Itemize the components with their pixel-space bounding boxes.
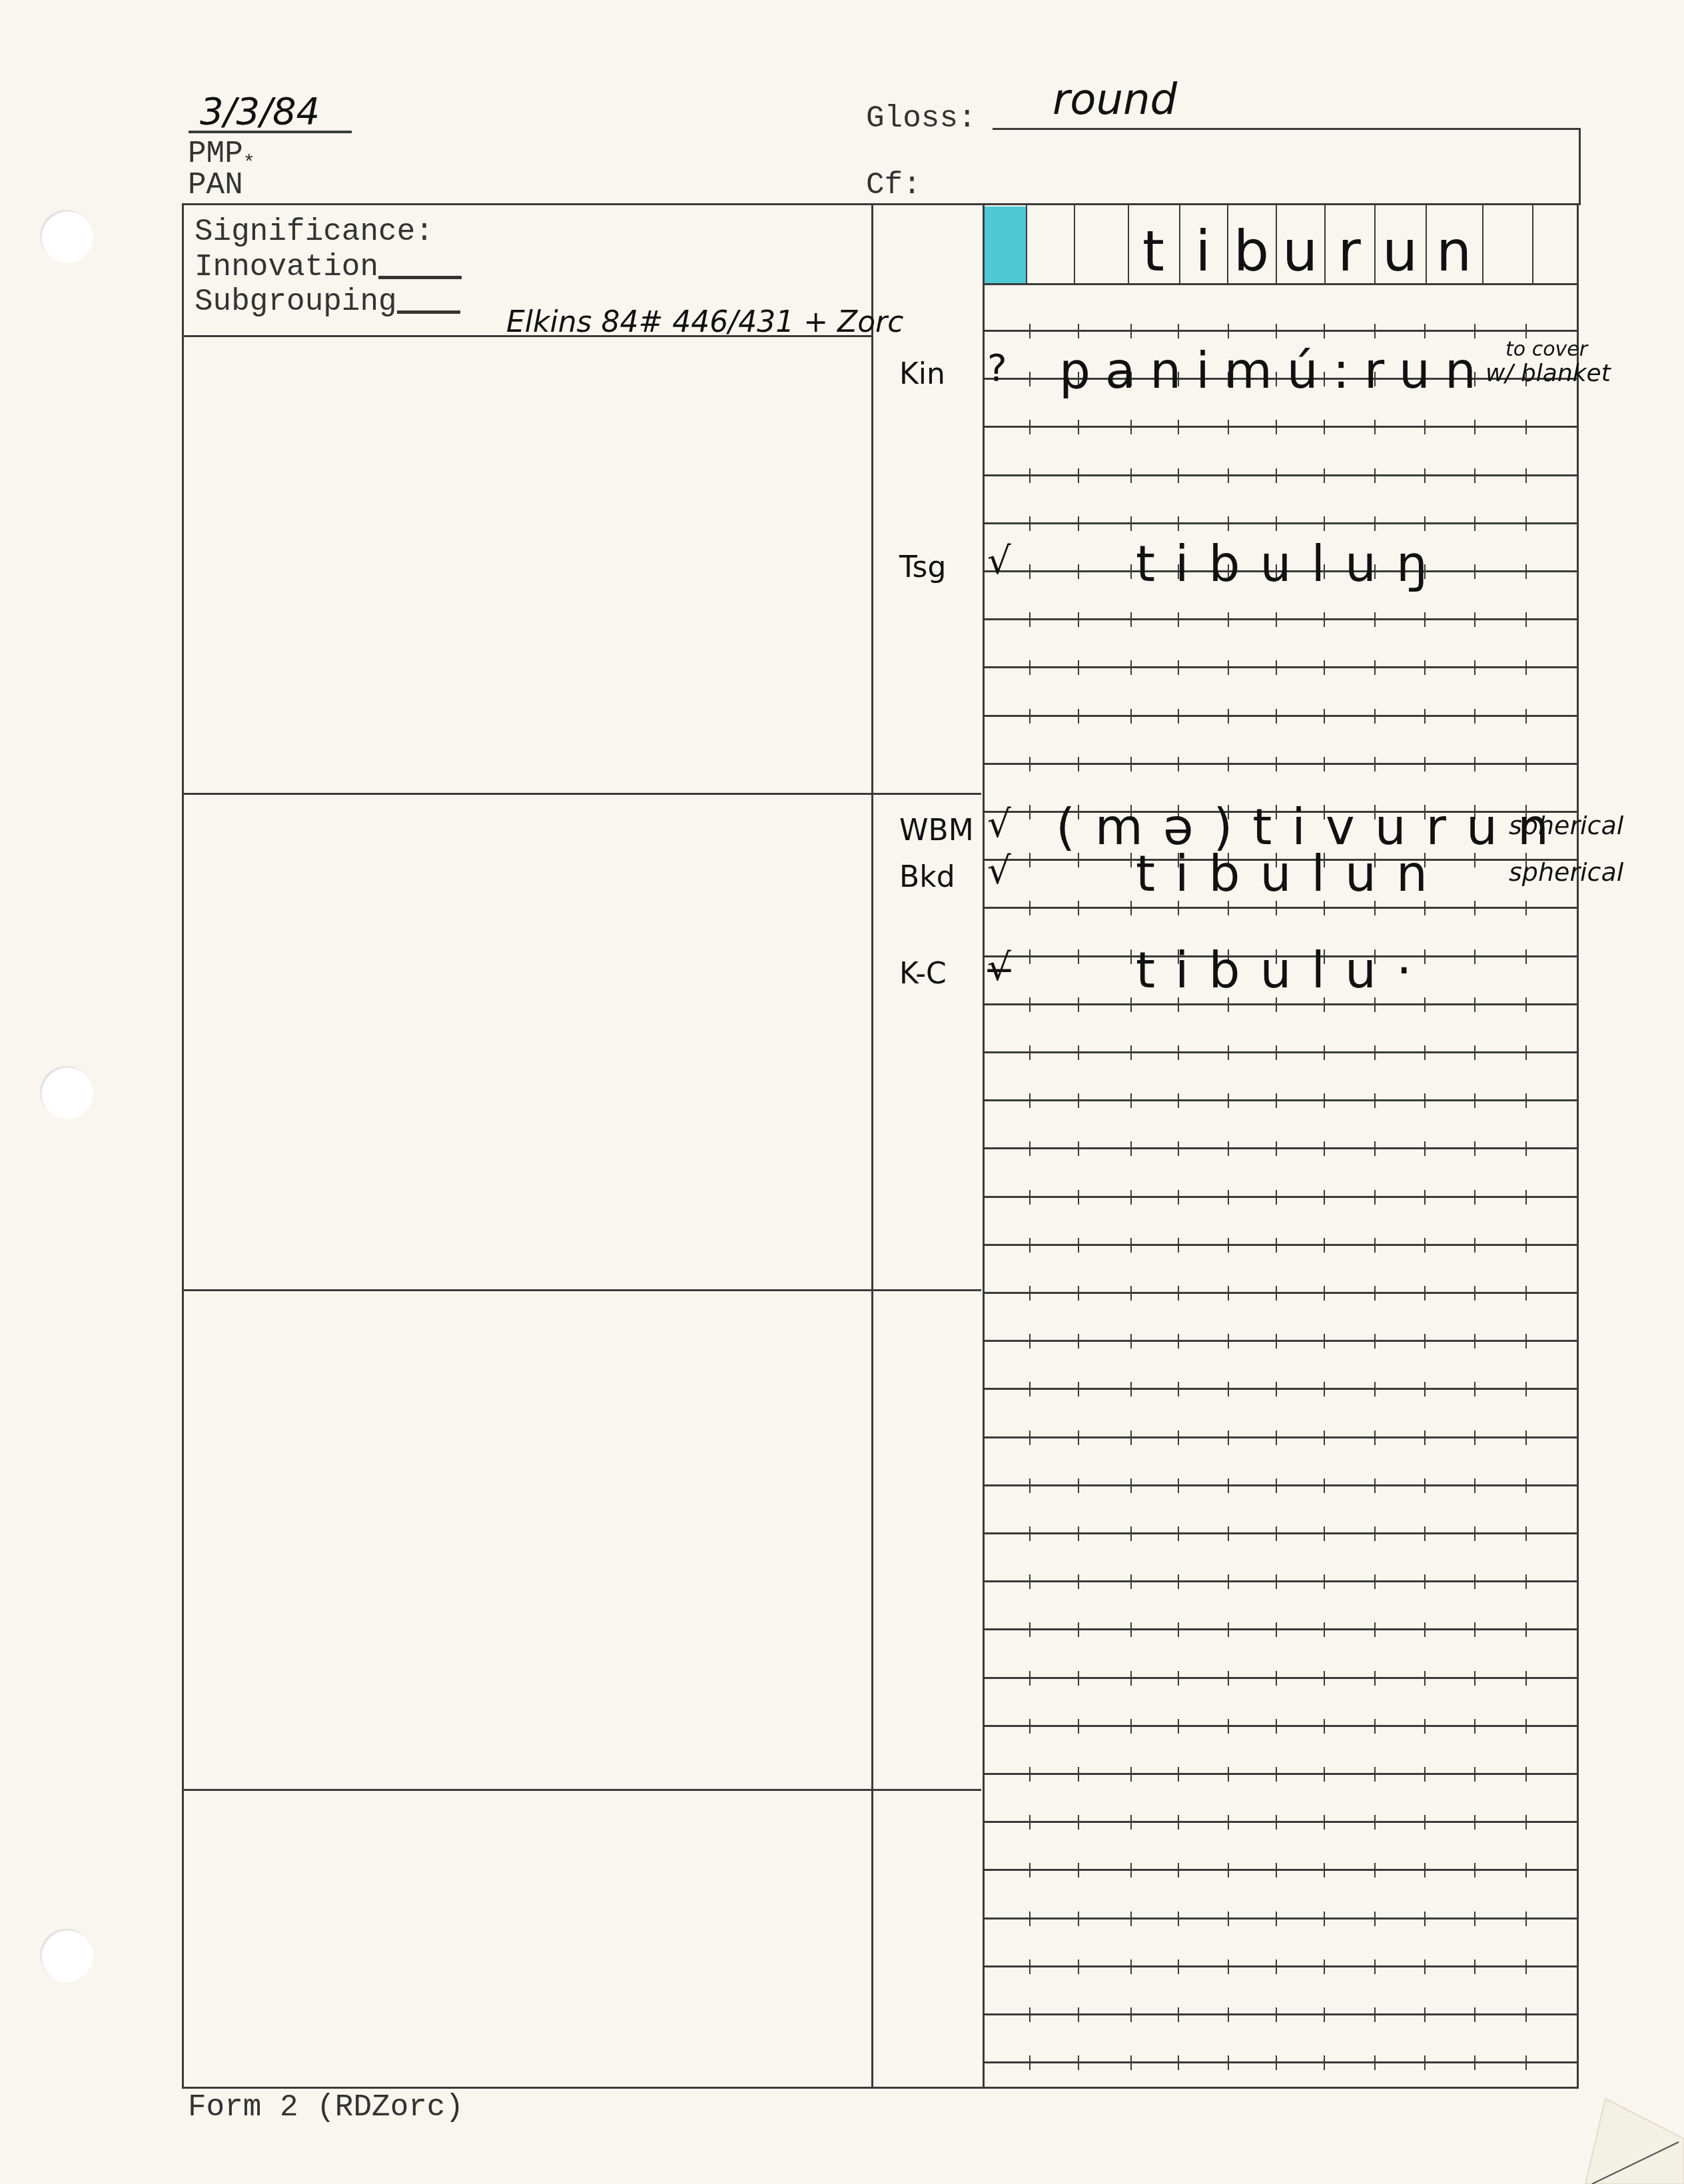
ruled-tick bbox=[1374, 1334, 1376, 1349]
ruled-line bbox=[983, 1628, 1577, 1630]
ruled-tick bbox=[1078, 564, 1079, 579]
reconstruction-letter: t bbox=[1128, 223, 1179, 279]
ruled-tick bbox=[1228, 1238, 1229, 1253]
ruled-tick bbox=[1276, 1334, 1277, 1349]
cell-divider bbox=[1532, 205, 1533, 284]
ruled-tick bbox=[1029, 420, 1031, 434]
ruled-tick bbox=[1276, 2055, 1277, 2070]
ruled-tick bbox=[1525, 1815, 1527, 1830]
ruled-tick bbox=[1130, 1238, 1132, 1253]
ruled-tick bbox=[1424, 660, 1426, 675]
language-label: Kin bbox=[899, 360, 945, 389]
ruled-tick bbox=[1029, 564, 1031, 579]
cognate-form: tibuluŋ bbox=[1136, 540, 1448, 589]
ruled-line bbox=[983, 1196, 1577, 1198]
source-note: Elkins 84# 446/431 + Zorc bbox=[506, 308, 903, 337]
ruled-tick bbox=[1374, 709, 1376, 724]
pan-label: PAN bbox=[188, 170, 243, 201]
question-mark-icon: ? bbox=[987, 350, 1007, 387]
ruled-tick bbox=[1130, 901, 1132, 915]
ruled-line bbox=[983, 1869, 1577, 1871]
ruled-line bbox=[983, 715, 1577, 717]
ruled-tick bbox=[1324, 1622, 1325, 1637]
ruled-tick bbox=[1474, 564, 1475, 579]
ruled-tick bbox=[1374, 1526, 1376, 1541]
checkmark-icon: √ bbox=[987, 853, 1011, 890]
ruled-tick bbox=[1474, 1141, 1475, 1156]
ruled-tick bbox=[1078, 1815, 1079, 1830]
ruled-tick bbox=[1276, 901, 1277, 915]
ruled-tick bbox=[1228, 1526, 1229, 1541]
ruled-tick bbox=[1525, 660, 1527, 675]
ruled-tick bbox=[1525, 1959, 1527, 1974]
ruled-tick bbox=[1525, 1430, 1527, 1445]
ruled-tick bbox=[1029, 1911, 1031, 1926]
ruled-line bbox=[983, 1821, 1577, 1823]
section-divider-1 bbox=[182, 793, 981, 795]
ruled-tick bbox=[1029, 757, 1031, 772]
ruled-tick bbox=[1374, 1286, 1376, 1301]
ruled-line bbox=[983, 1147, 1577, 1149]
ruled-tick bbox=[1130, 2055, 1132, 2070]
ruled-tick bbox=[1029, 324, 1031, 338]
ruled-tick bbox=[1374, 324, 1376, 338]
ruled-tick bbox=[1324, 1478, 1325, 1493]
ruled-tick bbox=[1130, 757, 1132, 772]
ruled-tick bbox=[1424, 1671, 1426, 1686]
ruled-tick bbox=[1029, 853, 1031, 867]
ruled-tick bbox=[1130, 1286, 1132, 1301]
ruled-tick bbox=[1178, 1286, 1179, 1301]
ruled-tick bbox=[1228, 1911, 1229, 1926]
innovation-text: Innovation bbox=[195, 250, 378, 284]
ruled-tick bbox=[1078, 1574, 1079, 1589]
ruled-tick bbox=[1324, 1093, 1325, 1108]
ruled-line bbox=[983, 1388, 1577, 1390]
ruled-tick bbox=[1029, 949, 1031, 964]
ruled-tick bbox=[1228, 1093, 1229, 1108]
ruled-line bbox=[983, 2013, 1577, 2015]
innovation-blank[interactable] bbox=[378, 276, 462, 279]
cf-label: Cf: bbox=[866, 170, 921, 201]
ruled-tick bbox=[1374, 1141, 1376, 1156]
ruled-tick bbox=[1525, 949, 1527, 964]
ruled-tick bbox=[1078, 709, 1079, 724]
ruled-tick bbox=[1374, 516, 1376, 531]
ruled-tick bbox=[1276, 709, 1277, 724]
ruled-tick bbox=[1474, 612, 1475, 627]
ruled-tick bbox=[1424, 1719, 1426, 1734]
ruled-tick bbox=[1424, 1767, 1426, 1782]
ruled-tick bbox=[1228, 1334, 1229, 1349]
ruled-tick bbox=[1276, 1093, 1277, 1108]
ruled-tick bbox=[1474, 1767, 1475, 1782]
ruled-tick bbox=[1374, 660, 1376, 675]
ruled-tick bbox=[1324, 468, 1325, 483]
ruled-tick bbox=[1078, 1526, 1079, 1541]
ruled-tick bbox=[1130, 1190, 1132, 1205]
ruled-tick bbox=[1130, 324, 1132, 338]
ruled-tick bbox=[1374, 1574, 1376, 1589]
ruled-tick bbox=[1130, 1719, 1132, 1734]
ruled-tick bbox=[1130, 1382, 1132, 1396]
ruled-tick bbox=[1374, 1959, 1376, 1974]
ruled-tick bbox=[1228, 2007, 1229, 2022]
ruled-tick bbox=[1228, 1286, 1229, 1301]
ruled-tick bbox=[1130, 468, 1132, 483]
ruled-tick bbox=[1374, 1430, 1376, 1445]
ruled-tick bbox=[1078, 420, 1079, 434]
ruled-tick bbox=[1228, 1430, 1229, 1445]
ruled-tick bbox=[1374, 2007, 1376, 2022]
frame-right bbox=[1577, 203, 1579, 2089]
ruled-tick bbox=[1474, 901, 1475, 915]
form-footer: Form 2 (RDZorc) bbox=[188, 2092, 464, 2123]
ruled-tick bbox=[1078, 1863, 1079, 1878]
ruled-tick bbox=[1374, 1382, 1376, 1396]
ruled-tick bbox=[1130, 1863, 1132, 1878]
ruled-tick bbox=[1374, 1622, 1376, 1637]
ruled-tick bbox=[1474, 1959, 1475, 1974]
ruled-tick bbox=[1178, 1574, 1179, 1589]
ruled-tick bbox=[1474, 709, 1475, 724]
ruled-tick bbox=[1525, 420, 1527, 434]
ruled-tick bbox=[1228, 660, 1229, 675]
section-divider-2 bbox=[182, 1289, 981, 1291]
ruled-tick bbox=[1178, 1045, 1179, 1060]
ruled-tick bbox=[1178, 1815, 1179, 1830]
ruled-tick bbox=[1029, 1382, 1031, 1396]
ruled-tick bbox=[1130, 1045, 1132, 1060]
ruled-tick bbox=[1525, 516, 1527, 531]
ruled-tick bbox=[1374, 1190, 1376, 1205]
ruled-tick bbox=[1130, 1911, 1132, 1926]
binder-hole-top bbox=[40, 210, 93, 263]
ruled-tick bbox=[1324, 1574, 1325, 1589]
ruled-tick bbox=[1130, 1478, 1132, 1493]
innovation-label: Innovation bbox=[195, 252, 462, 282]
ruled-tick bbox=[1078, 1671, 1079, 1686]
checkmark-icon: √ bbox=[987, 543, 1011, 580]
ruled-tick bbox=[1130, 1334, 1132, 1349]
cognate-form: (mə)tivurun bbox=[1056, 803, 1569, 852]
ruled-tick bbox=[1474, 949, 1475, 964]
ruled-tick bbox=[1178, 757, 1179, 772]
highlight-cell bbox=[985, 207, 1026, 283]
ruled-tick bbox=[1276, 1671, 1277, 1686]
frame-bottom bbox=[182, 2087, 1579, 2089]
ruled-tick bbox=[1424, 1863, 1426, 1878]
ruled-tick bbox=[1424, 1959, 1426, 1974]
ruled-tick bbox=[1276, 1238, 1277, 1253]
ruled-tick bbox=[1078, 949, 1079, 964]
ruled-tick bbox=[1178, 1334, 1179, 1349]
ruled-line bbox=[983, 1532, 1577, 1534]
ruled-tick bbox=[1178, 2055, 1179, 2070]
ruled-tick bbox=[1276, 660, 1277, 675]
cell-divider bbox=[1026, 205, 1027, 284]
ruled-tick bbox=[1029, 1959, 1031, 1974]
ruled-tick bbox=[1374, 997, 1376, 1012]
ruled-tick bbox=[1130, 997, 1132, 1012]
frame-left bbox=[182, 203, 184, 2089]
ruled-tick bbox=[1228, 757, 1229, 772]
ruled-tick bbox=[1525, 1141, 1527, 1156]
ruled-tick bbox=[1424, 1190, 1426, 1205]
ruled-tick bbox=[1374, 1815, 1376, 1830]
ruled-tick bbox=[1078, 901, 1079, 915]
ruled-tick bbox=[1276, 1141, 1277, 1156]
ruled-tick bbox=[1525, 1911, 1527, 1926]
ruled-tick bbox=[1078, 516, 1079, 531]
ruled-tick bbox=[1525, 1045, 1527, 1060]
ruled-tick bbox=[1474, 1286, 1475, 1301]
ruled-tick bbox=[1474, 1334, 1475, 1349]
ruled-tick bbox=[1228, 1959, 1229, 1974]
ruled-tick bbox=[1474, 2055, 1475, 2070]
ruled-tick bbox=[1474, 1093, 1475, 1108]
ruled-tick bbox=[1424, 1334, 1426, 1349]
ruled-line bbox=[983, 1917, 1577, 1919]
ruled-tick bbox=[1276, 997, 1277, 1012]
ruled-tick bbox=[1424, 709, 1426, 724]
significance-title: Significance: bbox=[195, 217, 434, 247]
ruled-line bbox=[983, 1677, 1577, 1679]
ruled-tick bbox=[1130, 516, 1132, 531]
ruled-tick bbox=[1324, 1045, 1325, 1060]
ruled-tick bbox=[1374, 757, 1376, 772]
ruled-tick bbox=[1424, 1911, 1426, 1926]
ruled-tick bbox=[1228, 468, 1229, 483]
ruled-tick bbox=[1474, 1719, 1475, 1734]
ruled-tick bbox=[1324, 1815, 1325, 1830]
ruled-tick bbox=[1324, 1334, 1325, 1349]
ruled-tick bbox=[1178, 1911, 1179, 1926]
ruled-tick bbox=[1029, 1815, 1031, 1830]
ruled-tick bbox=[1228, 1574, 1229, 1589]
ruled-tick bbox=[1276, 1286, 1277, 1301]
ruled-tick bbox=[1078, 1478, 1079, 1493]
ruled-tick bbox=[1029, 1141, 1031, 1156]
ruled-tick bbox=[1474, 660, 1475, 675]
ruled-tick bbox=[1078, 1382, 1079, 1396]
ruled-tick bbox=[1424, 1526, 1426, 1541]
ruled-tick bbox=[1424, 420, 1426, 434]
ruled-tick bbox=[1178, 420, 1179, 434]
cognate-form: tibulu· bbox=[1136, 946, 1432, 995]
ruled-tick bbox=[1324, 1526, 1325, 1541]
ruled-tick bbox=[1029, 1574, 1031, 1589]
ruled-tick bbox=[1374, 1093, 1376, 1108]
ruled-tick bbox=[1424, 516, 1426, 531]
ruled-tick bbox=[1424, 1093, 1426, 1108]
ruled-line bbox=[983, 618, 1577, 620]
ruled-tick bbox=[1029, 1622, 1031, 1637]
reconstruction-letter: u bbox=[1276, 223, 1324, 279]
reconstruction-letter: n bbox=[1426, 223, 1482, 279]
ruled-tick bbox=[1178, 1767, 1179, 1782]
ruled-tick bbox=[1525, 757, 1527, 772]
ruled-tick bbox=[1130, 564, 1132, 579]
checkmark-icon: √̶ bbox=[987, 949, 1011, 987]
ruled-tick bbox=[1324, 757, 1325, 772]
ruled-tick bbox=[1424, 612, 1426, 627]
ruled-tick bbox=[1525, 2055, 1527, 2070]
pmp-text: PMP bbox=[188, 137, 243, 171]
ruled-tick bbox=[1374, 1767, 1376, 1782]
ruled-tick bbox=[1525, 1382, 1527, 1396]
date: 3/3/84 bbox=[200, 93, 320, 131]
pmp-marker: * bbox=[243, 153, 255, 175]
ruled-tick bbox=[1078, 324, 1079, 338]
ruled-tick bbox=[1525, 1574, 1527, 1589]
ruled-tick bbox=[1178, 1863, 1179, 1878]
ruled-tick bbox=[1474, 1190, 1475, 1205]
ruled-line bbox=[983, 2061, 1577, 2063]
ruled-tick bbox=[1228, 1382, 1229, 1396]
ruled-tick bbox=[1228, 612, 1229, 627]
ruled-line bbox=[983, 763, 1577, 765]
ruled-tick bbox=[1228, 1719, 1229, 1734]
ruled-tick bbox=[1525, 1622, 1527, 1637]
subgrouping-blank[interactable] bbox=[397, 310, 460, 314]
ruled-tick bbox=[1424, 1141, 1426, 1156]
ruled-line bbox=[983, 522, 1577, 524]
ruled-tick bbox=[1029, 1767, 1031, 1782]
ruled-tick bbox=[1130, 1815, 1132, 1830]
ruled-line bbox=[983, 1003, 1577, 1005]
ruled-tick bbox=[1228, 997, 1229, 1012]
ruled-tick bbox=[1525, 564, 1527, 579]
ruled-line bbox=[983, 1292, 1577, 1294]
ruled-tick bbox=[1178, 1430, 1179, 1445]
ruled-tick bbox=[1178, 324, 1179, 338]
ruled-tick bbox=[1228, 1141, 1229, 1156]
ruled-tick bbox=[1078, 1911, 1079, 1926]
ruled-tick bbox=[1424, 2007, 1426, 2022]
ruled-tick bbox=[1029, 1863, 1031, 1878]
ruled-tick bbox=[1228, 1622, 1229, 1637]
ruled-tick bbox=[1130, 1093, 1132, 1108]
ruled-tick bbox=[1178, 1382, 1179, 1396]
ruled-tick bbox=[1525, 1093, 1527, 1108]
ruled-tick bbox=[1324, 2007, 1325, 2022]
ruled-tick bbox=[1525, 468, 1527, 483]
ruled-tick bbox=[1276, 612, 1277, 627]
ruled-tick bbox=[1029, 1286, 1031, 1301]
ruled-line bbox=[983, 1965, 1577, 1967]
ruled-tick bbox=[1374, 612, 1376, 627]
language-label: Bkd bbox=[899, 863, 955, 892]
ruled-line bbox=[983, 1436, 1577, 1438]
ruled-tick bbox=[1474, 997, 1475, 1012]
ruled-tick bbox=[1276, 324, 1277, 338]
ruled-tick bbox=[1424, 1238, 1426, 1253]
ruled-tick bbox=[1178, 1526, 1179, 1541]
ruled-tick bbox=[1276, 757, 1277, 772]
cell-divider bbox=[1074, 205, 1075, 284]
date-underline bbox=[189, 131, 352, 133]
ruled-tick bbox=[1324, 1141, 1325, 1156]
ruled-tick bbox=[1276, 1190, 1277, 1205]
ruled-tick bbox=[1474, 1478, 1475, 1493]
ruled-tick bbox=[1078, 2055, 1079, 2070]
ruled-tick bbox=[1276, 1382, 1277, 1396]
ruled-line bbox=[983, 1725, 1577, 1727]
ruled-tick bbox=[1178, 709, 1179, 724]
ruled-tick bbox=[1374, 1045, 1376, 1060]
ruled-tick bbox=[1424, 757, 1426, 772]
ruled-tick bbox=[1029, 2055, 1031, 2070]
section-divider-3 bbox=[182, 1789, 981, 1791]
ruled-tick bbox=[1324, 660, 1325, 675]
ruled-tick bbox=[1424, 2055, 1426, 2070]
frame-top bbox=[182, 203, 1581, 205]
ruled-tick bbox=[1324, 1430, 1325, 1445]
binder-hole-bottom bbox=[40, 1929, 93, 1982]
gloss-note: to coverw/ blanket bbox=[1485, 338, 1611, 387]
ruled-tick bbox=[1324, 1671, 1325, 1686]
gloss-value[interactable]: round bbox=[1052, 79, 1177, 121]
ruled-tick bbox=[1178, 1478, 1179, 1493]
ruled-tick bbox=[1029, 1093, 1031, 1108]
ruled-tick bbox=[1078, 1959, 1079, 1974]
ruled-tick bbox=[1276, 1815, 1277, 1830]
ruled-tick bbox=[1130, 420, 1132, 434]
ruled-tick bbox=[1029, 612, 1031, 627]
ruled-tick bbox=[1178, 997, 1179, 1012]
ruled-tick bbox=[1078, 612, 1079, 627]
ruled-tick bbox=[1130, 612, 1132, 627]
ruled-tick bbox=[1324, 709, 1325, 724]
ruled-tick bbox=[1525, 1767, 1527, 1782]
ruled-tick bbox=[1130, 1526, 1132, 1541]
ruled-tick bbox=[1029, 660, 1031, 675]
ruled-line bbox=[983, 666, 1577, 668]
binder-hole-middle bbox=[40, 1066, 93, 1119]
ruled-tick bbox=[1525, 709, 1527, 724]
ruled-tick bbox=[1178, 1719, 1179, 1734]
ruled-tick bbox=[1276, 1574, 1277, 1589]
ruled-tick bbox=[1276, 1863, 1277, 1878]
reconstruction-letter: b bbox=[1227, 223, 1276, 279]
ruled-tick bbox=[1078, 1190, 1079, 1205]
ruled-tick bbox=[1374, 1238, 1376, 1253]
ruled-tick bbox=[1525, 324, 1527, 338]
ruled-tick bbox=[1424, 1286, 1426, 1301]
ruled-tick bbox=[1130, 660, 1132, 675]
ruled-tick bbox=[1130, 949, 1132, 964]
ruled-line bbox=[983, 1484, 1577, 1486]
ruled-line bbox=[983, 1773, 1577, 1775]
ruled-tick bbox=[1474, 2007, 1475, 2022]
ruled-tick bbox=[1078, 1045, 1079, 1060]
ruled-tick bbox=[1474, 1430, 1475, 1445]
ruled-tick bbox=[1474, 1238, 1475, 1253]
ruled-tick bbox=[1324, 997, 1325, 1012]
ruled-tick bbox=[1324, 1767, 1325, 1782]
subgrouping-text: Subgrouping bbox=[195, 284, 397, 319]
ruled-tick bbox=[1228, 1671, 1229, 1686]
ruled-tick bbox=[1474, 468, 1475, 483]
ruled-tick bbox=[1078, 1286, 1079, 1301]
ruled-tick bbox=[1078, 1622, 1079, 1637]
ruled-tick bbox=[1525, 1334, 1527, 1349]
ruled-line bbox=[983, 1099, 1577, 1101]
ruled-tick bbox=[1474, 420, 1475, 434]
language-label: WBM bbox=[899, 816, 974, 845]
ruled-tick bbox=[1178, 1671, 1179, 1686]
